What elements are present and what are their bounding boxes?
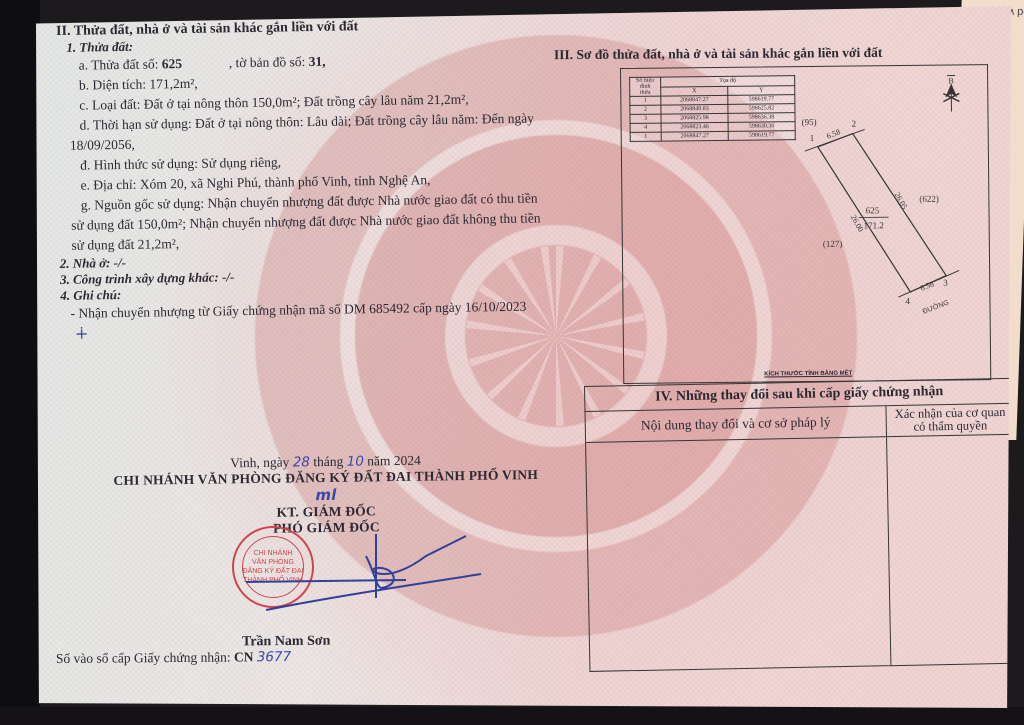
svg-text:ĐƯỜNG: ĐƯỜNG xyxy=(921,298,950,316)
date-prefix: Vinh, ngày xyxy=(230,455,289,471)
col-confirm-line-2: có thẩm quyền xyxy=(887,419,1014,434)
registry-label: Số vào sổ cấp Giấy chứng nhận: xyxy=(56,650,231,667)
map-sheet-number: 31, xyxy=(309,54,326,69)
date-year: năm 2024 xyxy=(367,453,421,469)
date-month: 10 xyxy=(347,453,364,469)
date-day: 28 xyxy=(293,454,310,470)
background-bottom xyxy=(0,707,1024,725)
background-left xyxy=(0,0,40,725)
svg-text:B: B xyxy=(948,77,953,86)
section-land-details: II. Thửa đất, nhà ở và tài sản khác gắn … xyxy=(56,16,581,344)
svg-text:(127): (127) xyxy=(823,239,843,249)
svg-text:(95): (95) xyxy=(802,117,817,127)
scale-note: KÍCH THƯỚC TÍNH BẰNG MÉT xyxy=(764,371,852,378)
registry-number: 3677 xyxy=(257,649,291,665)
north-arrow-icon: B xyxy=(943,75,959,111)
signer-name: Trần Nam Sơn xyxy=(242,634,331,651)
svg-text:1: 1 xyxy=(810,133,815,143)
svg-text:(622): (622) xyxy=(919,194,939,204)
col-authority-confirmation: Xác nhận của cơ quan có thẩm quyền xyxy=(886,404,1014,436)
col-change-content: Nội dung thay đổi và cơ sở pháp lý xyxy=(585,406,887,442)
svg-text:625: 625 xyxy=(866,205,880,215)
registry-number-line: Số vào sổ cấp Giấy chứng nhận: CN 3677 xyxy=(56,649,291,667)
svg-text:4: 4 xyxy=(905,296,910,306)
svg-text:6.58: 6.58 xyxy=(919,279,935,292)
registry-prefix: CN xyxy=(234,649,254,664)
authority-confirmation-cell xyxy=(887,435,1018,665)
date-month-label: tháng xyxy=(313,454,343,469)
svg-text:171.2: 171.2 xyxy=(863,220,883,230)
svg-text:26.05: 26.05 xyxy=(893,191,910,211)
parcel-number: 625 xyxy=(162,56,182,71)
changes-table: IV. Những thay đổi sau khi cấp giấy chứn… xyxy=(584,378,1019,672)
parcel-map: Số hiệu đỉnh thửa Tọa độ X Y 12068847.27… xyxy=(620,64,991,384)
svg-text:3: 3 xyxy=(943,278,948,288)
land-certificate-page: II. Thửa đất, nhà ở và tài sản khác gắn … xyxy=(36,6,1011,708)
handwritten-initials: ml xyxy=(315,486,336,504)
parcel-drawing: B 1 2 3 4 6.58 6.58 26.00 26.05 625 171.… xyxy=(621,65,990,383)
section-3-title: III. Sơ đồ thửa đất, nhà ở và tài sản kh… xyxy=(554,45,882,63)
parcel-label: a. Thửa đất số: xyxy=(79,56,159,72)
svg-text:2: 2 xyxy=(852,119,857,129)
map-sheet-label: , tờ bản đồ số: xyxy=(229,54,306,70)
changes-body-row xyxy=(586,435,1018,671)
handwritten-signature xyxy=(226,526,486,616)
change-content-cell xyxy=(586,437,891,671)
